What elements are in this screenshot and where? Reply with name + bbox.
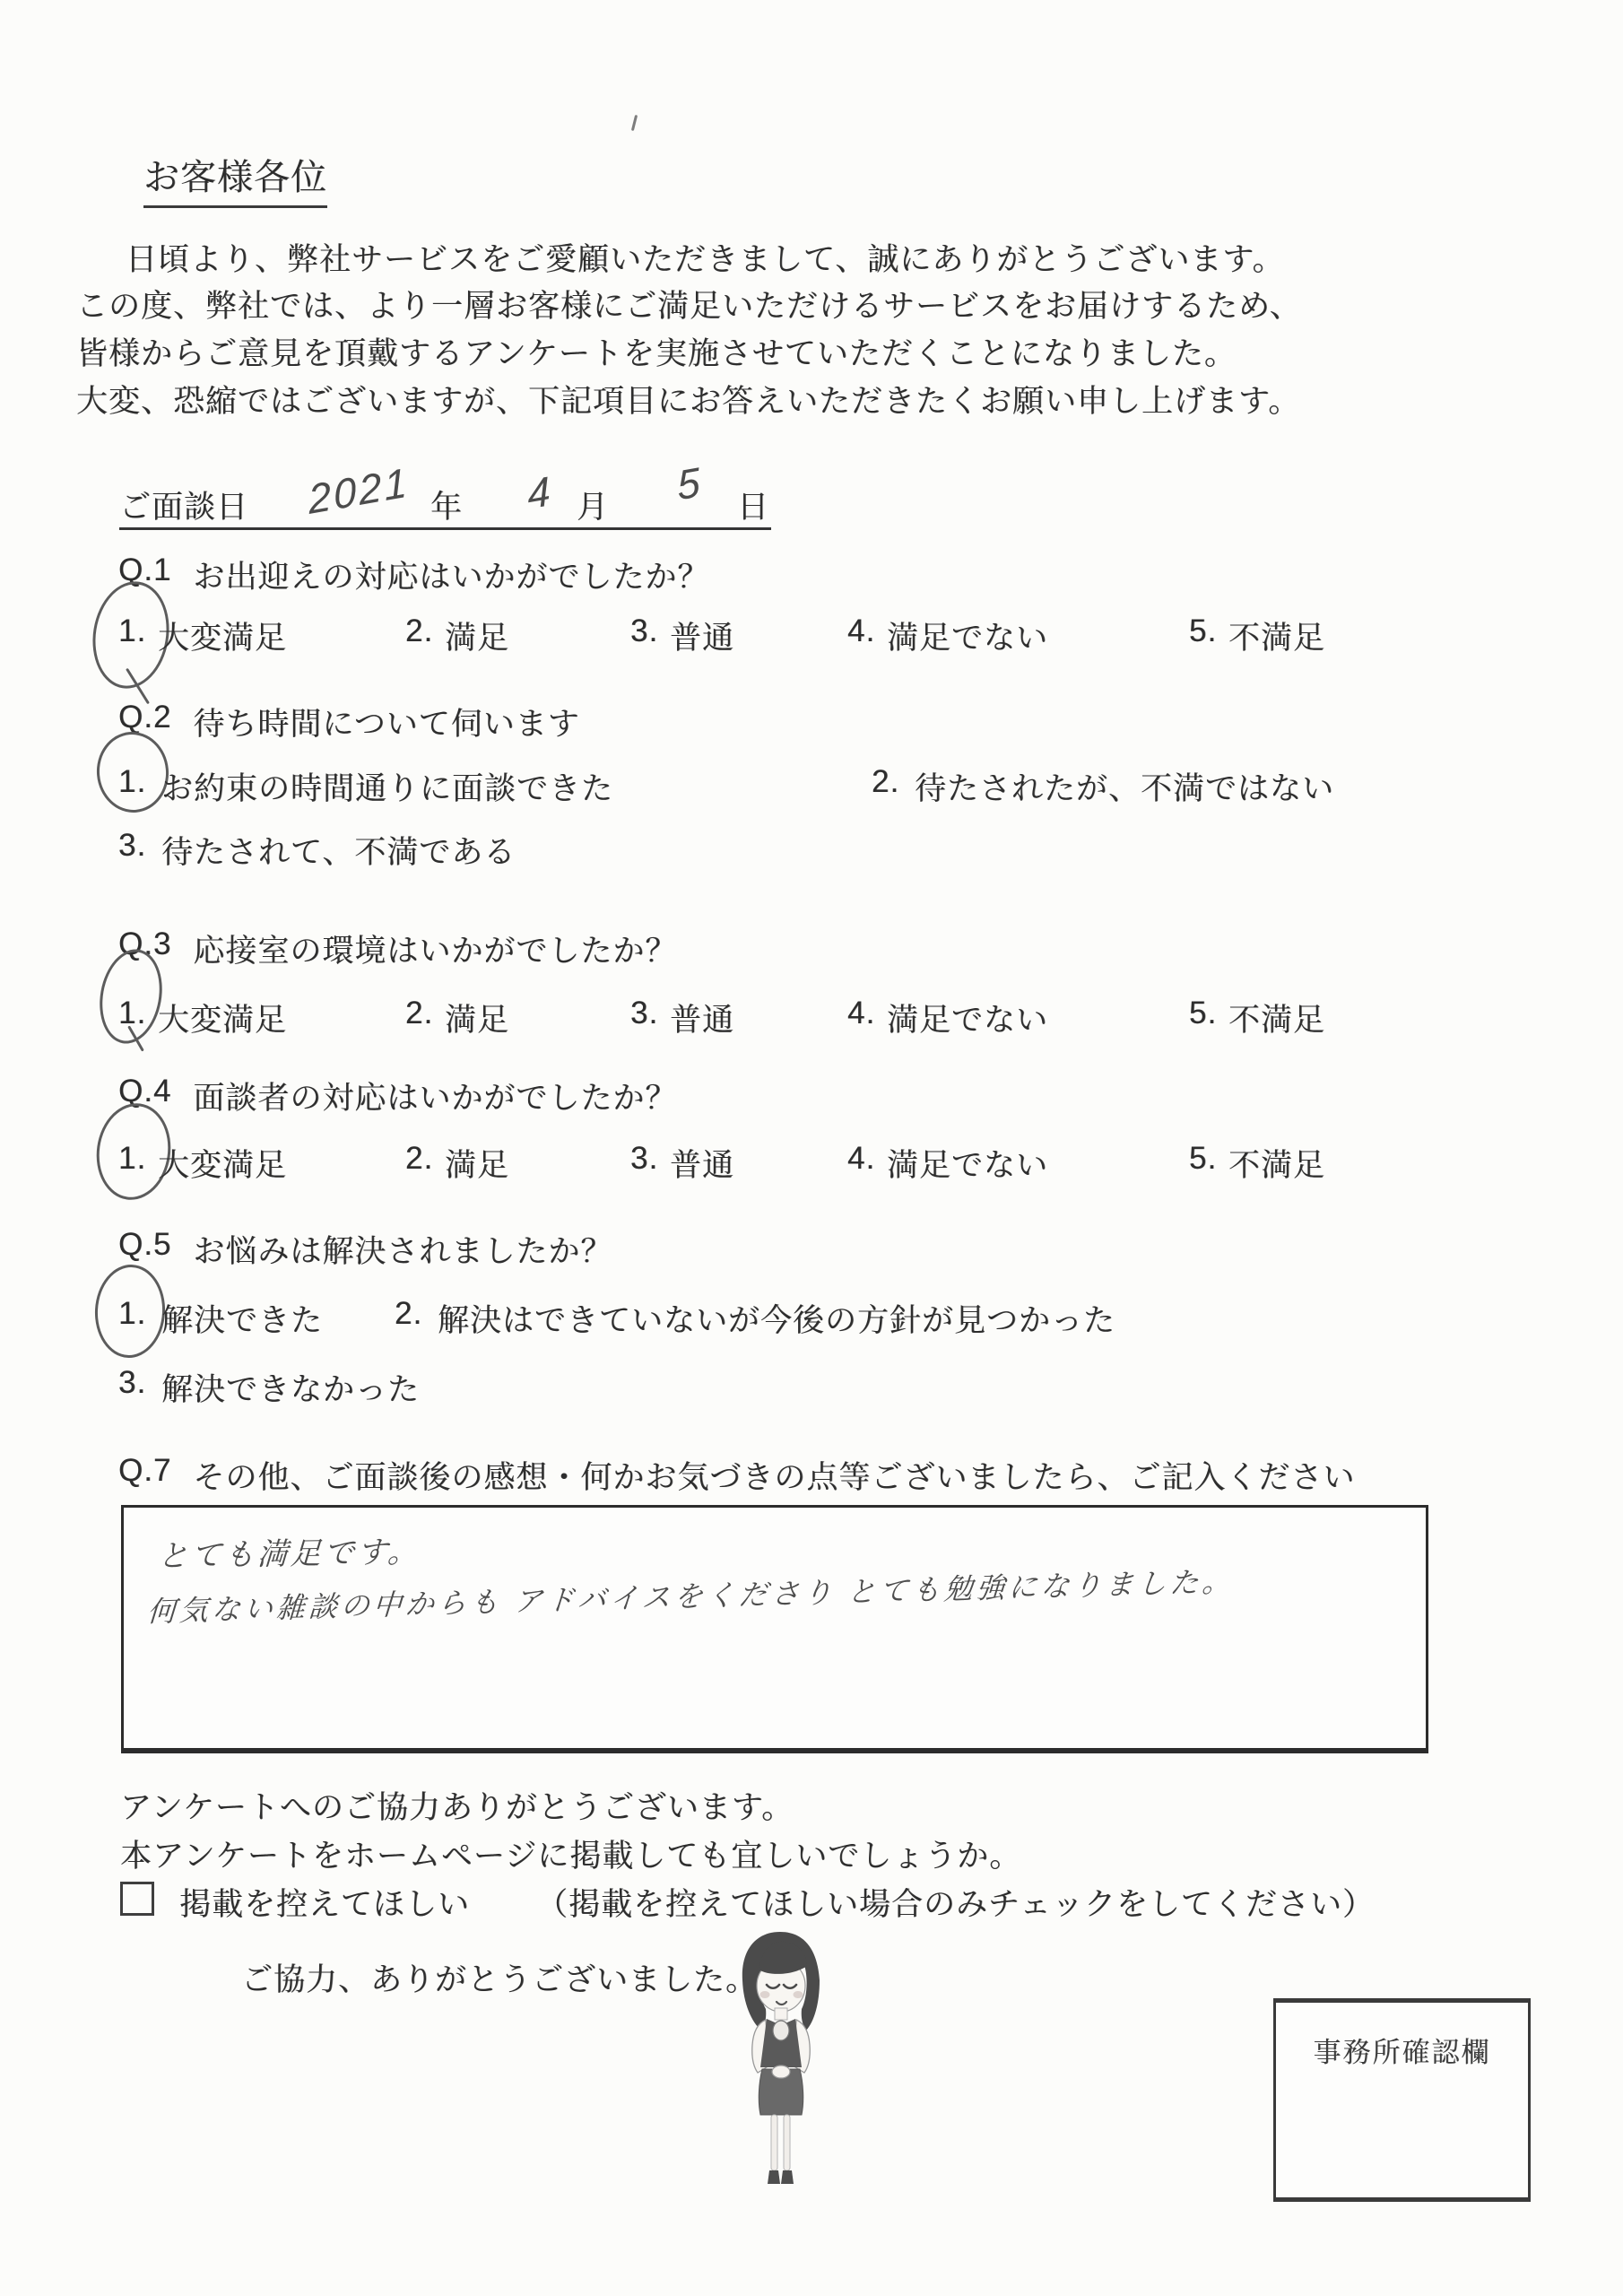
ribbon-jabot xyxy=(773,2021,789,2040)
q3-option-2[interactable]: 2.満足 xyxy=(405,996,509,1040)
intro-line: 皆様からご意見を頂戴するアンケートを実施させていただくことになりました。 xyxy=(76,329,1237,374)
q5-option-1[interactable]: 1.解決できた xyxy=(118,1296,323,1341)
q2-option-3[interactable]: 3.待たされて、不満である xyxy=(118,828,516,873)
q3-option-3[interactable]: 3.普通 xyxy=(630,996,734,1040)
q1-option-3[interactable]: 3.普通 xyxy=(630,613,734,658)
q4-option-5[interactable]: 5.不満足 xyxy=(1189,1141,1325,1186)
question-q5-text: お悩みは解決されましたか？ xyxy=(193,1227,612,1272)
interview-date-year-value[interactable]: 2021 xyxy=(307,457,411,524)
q4-option-4[interactable]: 4.満足でない xyxy=(847,1141,1048,1186)
year-unit: 年 xyxy=(430,483,463,527)
question-q4-text: 面談者の対応はいかがでしたか？ xyxy=(193,1074,677,1118)
question-q3-heading: Q.3 応接室の環境はいかがでしたか？ xyxy=(118,926,677,971)
optout-checkbox-label[interactable]: 掲載を控えてほしい xyxy=(179,1880,470,1925)
optout-checkbox[interactable] xyxy=(120,1882,154,1916)
question-q2-text: 待ち時間について伺います xyxy=(193,700,579,744)
optout-note: （掲載を控えてほしい場合のみチェックをしてください） xyxy=(536,1880,1375,1925)
office-confirmation-box: 事務所確認欄 xyxy=(1273,1998,1531,2202)
q3-option-5[interactable]: 5.不満足 xyxy=(1189,996,1325,1040)
publish-question-line: 本アンケートをホームページに掲載しても宜しいでしょうか。 xyxy=(120,1831,1021,1876)
shoe-right xyxy=(781,2170,794,2184)
blush-left xyxy=(760,1991,770,1998)
question-q5-heading: Q.5 お悩みは解決されましたか？ xyxy=(118,1227,612,1272)
day-unit: 日 xyxy=(737,483,769,527)
question-q1-heading: Q.1 お出迎えの対応はいかがでしたか？ xyxy=(118,552,709,597)
q4-option-3[interactable]: 3.普通 xyxy=(630,1141,734,1186)
q1-option-1[interactable]: 1.大変満足 xyxy=(118,613,287,658)
q7-comment-box[interactable]: とても満足です。 何気ない雑談の中からも アドバイスをくださり とても勉強になり… xyxy=(121,1505,1428,1753)
q2-option-2[interactable]: 2.待たされたが、不満ではない xyxy=(872,764,1334,809)
clasped-hands xyxy=(772,2066,790,2078)
q3-option-4[interactable]: 4.満足でない xyxy=(847,996,1048,1040)
shoe-left xyxy=(768,2170,780,2184)
neck xyxy=(775,2008,787,2020)
interview-date-line: ご面談日 2021 年 4 月 5 日 xyxy=(119,481,771,530)
intro-line: 日頃より、弊社サービスをご愛顧いただきまして、誠にありがとうございます。 xyxy=(126,235,1285,280)
salutation-heading: お客様各位 xyxy=(143,149,327,208)
interview-date-day-value[interactable]: 5 xyxy=(675,457,704,509)
bowing-receptionist-illustration xyxy=(725,1930,836,2195)
q2-option-1[interactable]: 1.お約束の時間通りに面談できた xyxy=(118,764,613,809)
question-q4-heading: Q.4 面談者の対応はいかがでしたか？ xyxy=(118,1074,677,1118)
question-q7-heading: Q.7 その他、ご面談後の感想・何かお気づきの点等ございましたら、ご記入ください xyxy=(118,1453,1355,1498)
scan-artifact-mark xyxy=(631,115,638,131)
q4-option-2[interactable]: 2.満足 xyxy=(405,1141,509,1186)
interview-date-label: ご面談日 xyxy=(119,483,248,527)
intro-line: 大変、恐縮ではございますが、下記項目にお答えいただきたくお願い申し上げます。 xyxy=(76,377,1300,422)
question-q7-text: その他、ご面談後の感想・何かお気づきの点等ございましたら、ご記入ください xyxy=(193,1453,1355,1498)
q1-option-4[interactable]: 4.満足でない xyxy=(847,613,1048,658)
question-q3-text: 応接室の環境はいかがでしたか？ xyxy=(193,926,677,971)
survey-scan-page: お客様各位 日頃より、弊社サービスをご愛顧いただきまして、誠にありがとうございま… xyxy=(0,0,1623,2296)
q7-handwritten-line: とても満足です。 xyxy=(157,1526,422,1575)
question-q1-text: お出迎えの対応はいかがでしたか？ xyxy=(193,552,709,597)
intro-line: この度、弊社では、より一層お客様にご満足いただけるサービスをお届けするため、 xyxy=(76,282,1302,326)
q4-option-1[interactable]: 1.大変満足 xyxy=(118,1141,287,1186)
office-confirmation-label: 事務所確認欄 xyxy=(1276,2030,1528,2070)
closing-thanks-line: アンケートへのご協力ありがとうございます。 xyxy=(120,1783,794,1828)
q5-option-2[interactable]: 2.解決はできていないが今後の方針が見つかった xyxy=(395,1296,1115,1341)
month-unit: 月 xyxy=(577,483,609,527)
final-thanks-line: ご協力、ありがとうございました。 xyxy=(241,1955,758,2000)
q3-option-1[interactable]: 1.大変満足 xyxy=(118,996,287,1040)
q1-option-2[interactable]: 2.満足 xyxy=(405,613,509,658)
leg-right xyxy=(784,2115,790,2170)
q5-option-3[interactable]: 3.解決できなかった xyxy=(118,1365,420,1410)
question-q7-id: Q.7 xyxy=(118,1453,171,1498)
question-q2-heading: Q.2 待ち時間について伺います xyxy=(118,700,580,744)
blush-right xyxy=(794,1991,803,1998)
leg-left xyxy=(771,2115,777,2170)
interview-date-month-value[interactable]: 4 xyxy=(525,465,554,518)
q1-option-5[interactable]: 5.不満足 xyxy=(1189,613,1325,658)
